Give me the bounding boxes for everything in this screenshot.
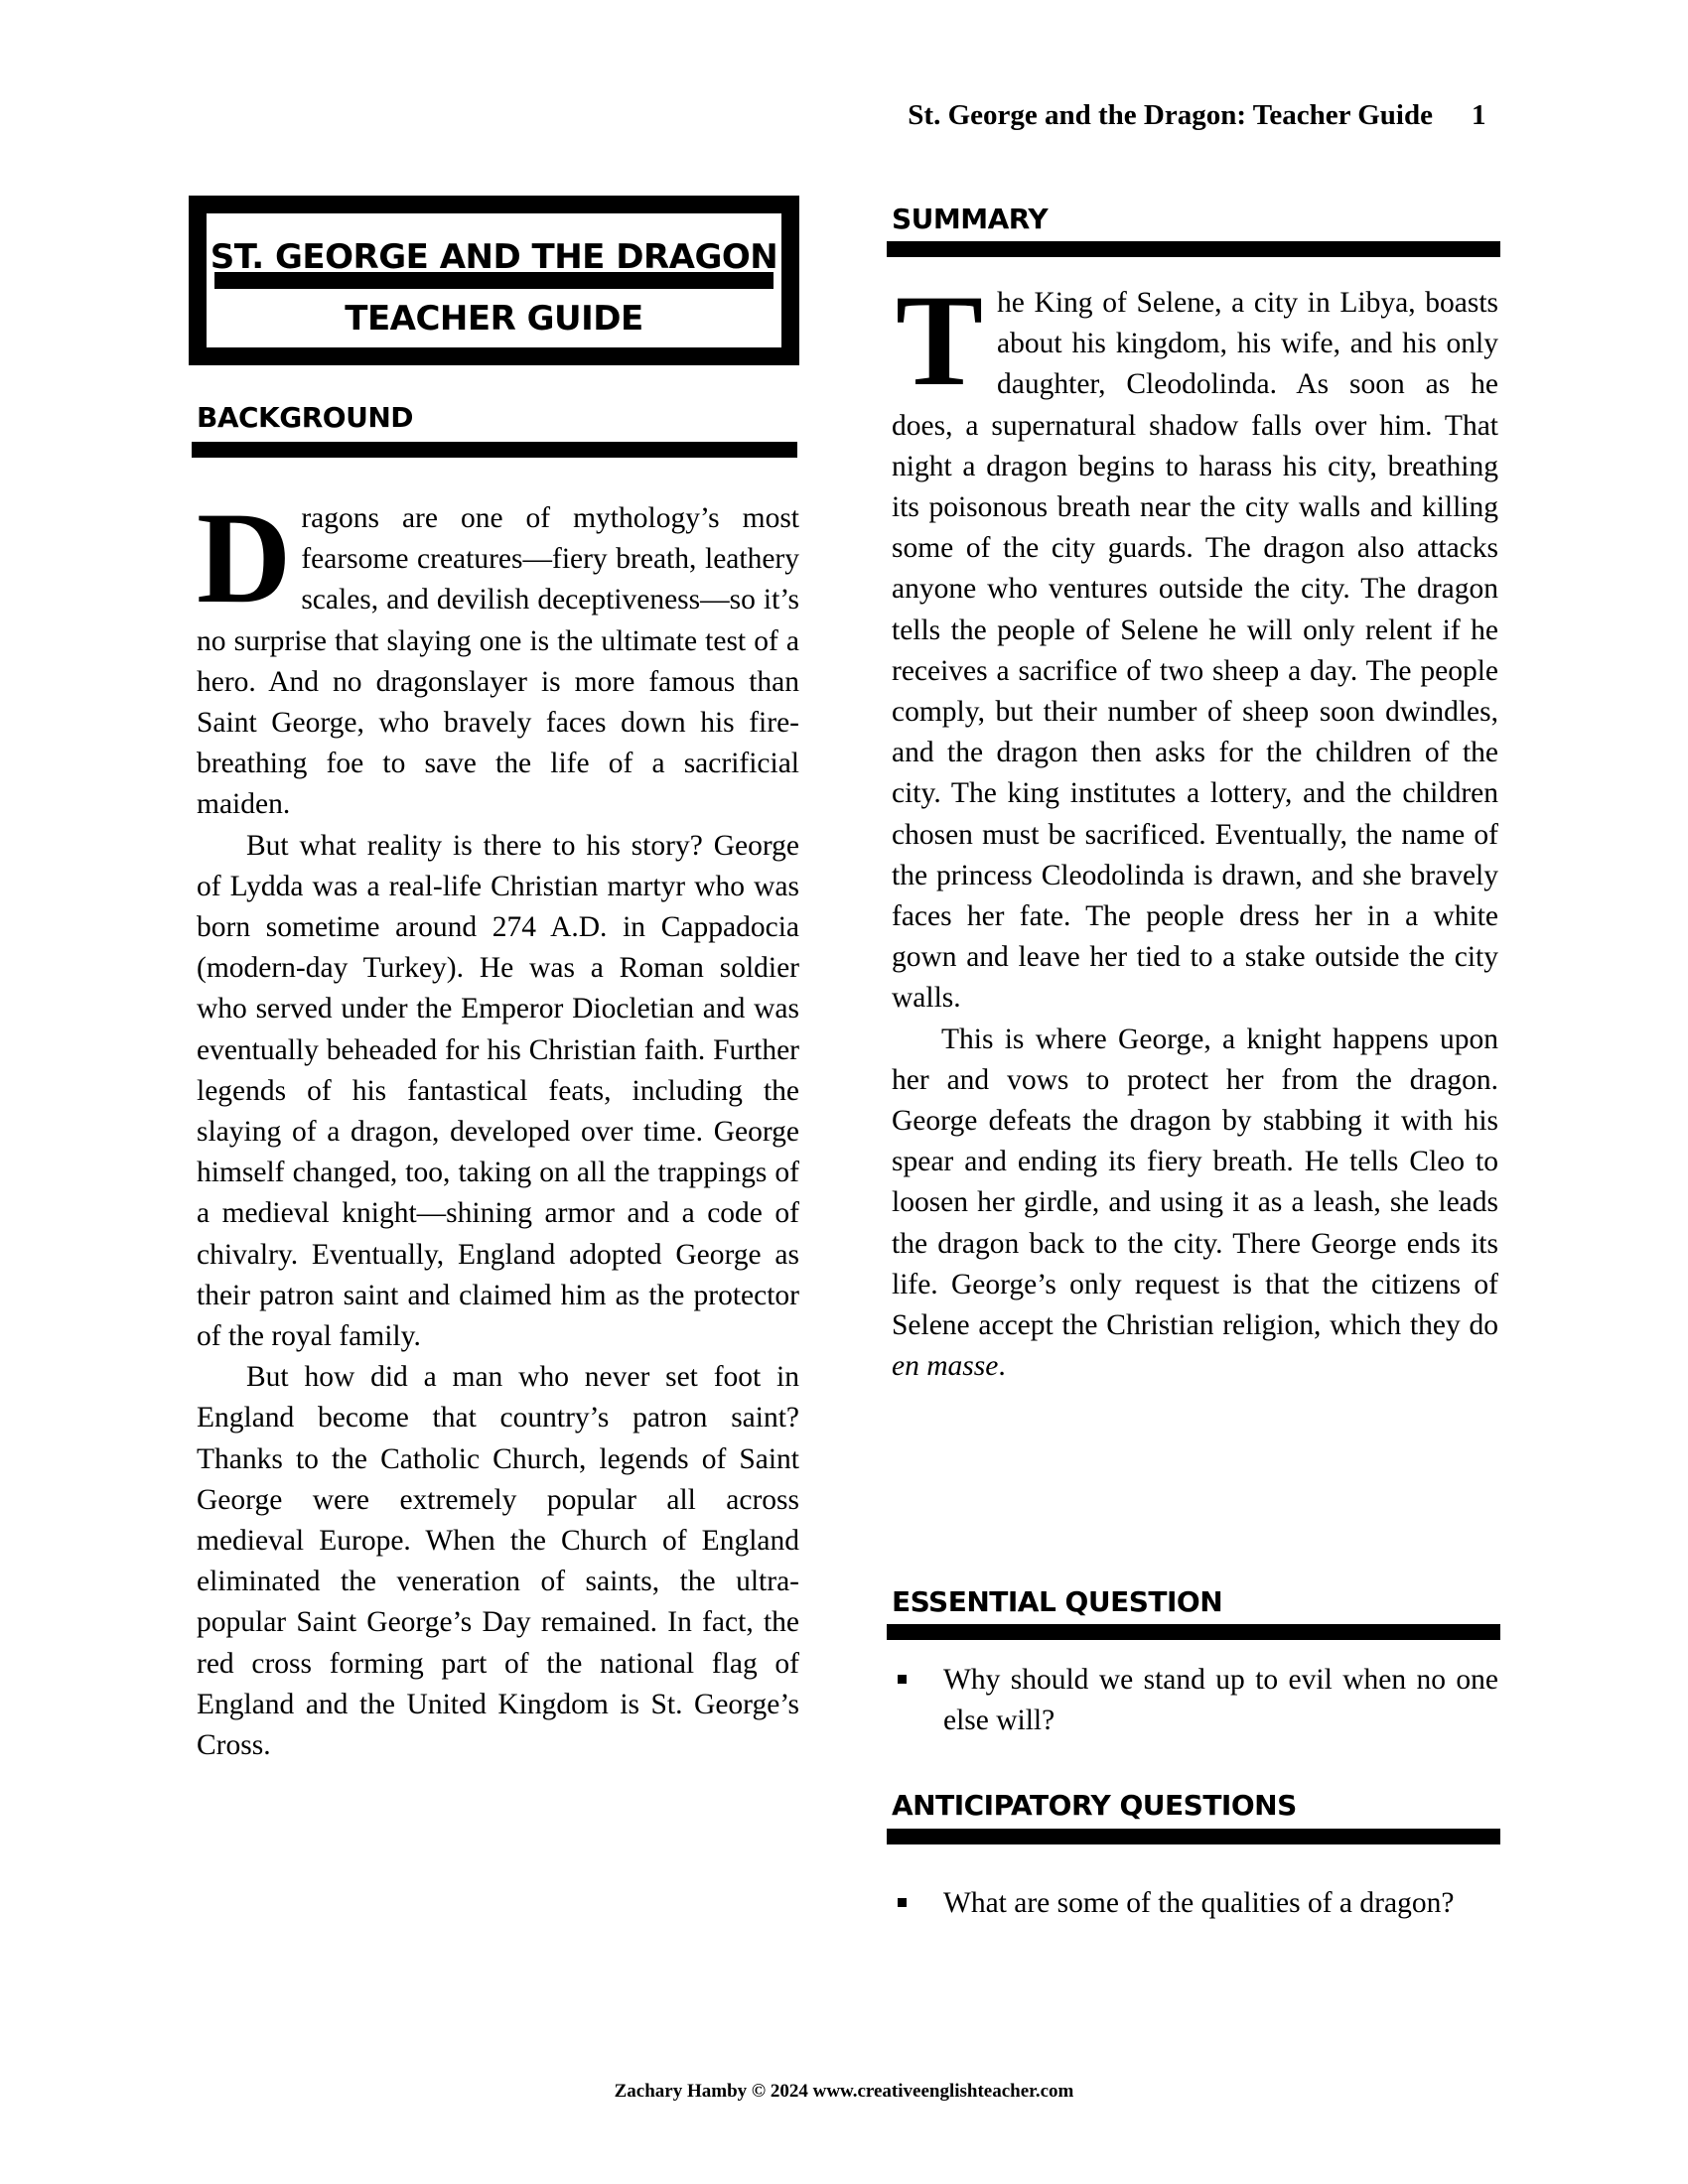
essential-question-item: Why should we stand up to evil when no o… bbox=[892, 1660, 1498, 1741]
summary-body: The King of Selene, a city in Libya, boa… bbox=[892, 283, 1498, 1387]
anticipatory-questions-heading: ANTICIPATORY QUESTIONS bbox=[892, 1789, 1297, 1822]
background-paragraph-1: Dragons are one of mythology’s most fear… bbox=[197, 498, 799, 826]
anticipatory-questions-list: What are some of the qualities of a drag… bbox=[892, 1883, 1498, 1924]
background-paragraph-3: But how did a man who never set foot in … bbox=[197, 1357, 799, 1766]
essential-question-list: Why should we stand up to evil when no o… bbox=[892, 1660, 1498, 1741]
summary-paragraph-1: The King of Selene, a city in Libya, boa… bbox=[892, 283, 1498, 1020]
document-title: ST. GEORGE AND THE DRAGON bbox=[207, 237, 781, 277]
summary-rule bbox=[887, 241, 1500, 257]
essential-question-heading: ESSENTIAL QUESTION bbox=[892, 1585, 1222, 1618]
summary-paragraph-2: This is where George, a knight happens u… bbox=[892, 1020, 1498, 1388]
square-bullet-icon bbox=[898, 1898, 907, 1907]
anticipatory-question-item: What are some of the qualities of a drag… bbox=[892, 1883, 1498, 1924]
dropcap-d: D bbox=[197, 506, 291, 617]
background-paragraph-2: But what reality is there to his story? … bbox=[197, 826, 799, 1358]
document-subtitle: TEACHER GUIDE bbox=[207, 299, 781, 339]
running-title: St. George and the Dragon: Teacher Guide bbox=[908, 99, 1433, 132]
background-body: Dragons are one of mythology’s most fear… bbox=[197, 498, 799, 1766]
anticipatory-questions-rule bbox=[887, 1829, 1500, 1844]
title-box: ST. GEORGE AND THE DRAGON TEACHER GUIDE bbox=[189, 196, 799, 365]
dropcap-t: T bbox=[896, 289, 983, 400]
page-number: 1 bbox=[1472, 99, 1486, 132]
running-header: St. George and the Dragon: Teacher Guide… bbox=[0, 99, 1688, 139]
square-bullet-icon bbox=[898, 1675, 907, 1684]
background-heading: BACKGROUND bbox=[197, 401, 413, 434]
page-footer: Zachary Hamby © 2024 www.creativeenglish… bbox=[0, 2081, 1688, 2103]
summary-heading: SUMMARY bbox=[892, 203, 1048, 235]
title-divider bbox=[214, 272, 774, 289]
essential-question-rule bbox=[887, 1624, 1500, 1640]
background-rule bbox=[192, 442, 797, 458]
